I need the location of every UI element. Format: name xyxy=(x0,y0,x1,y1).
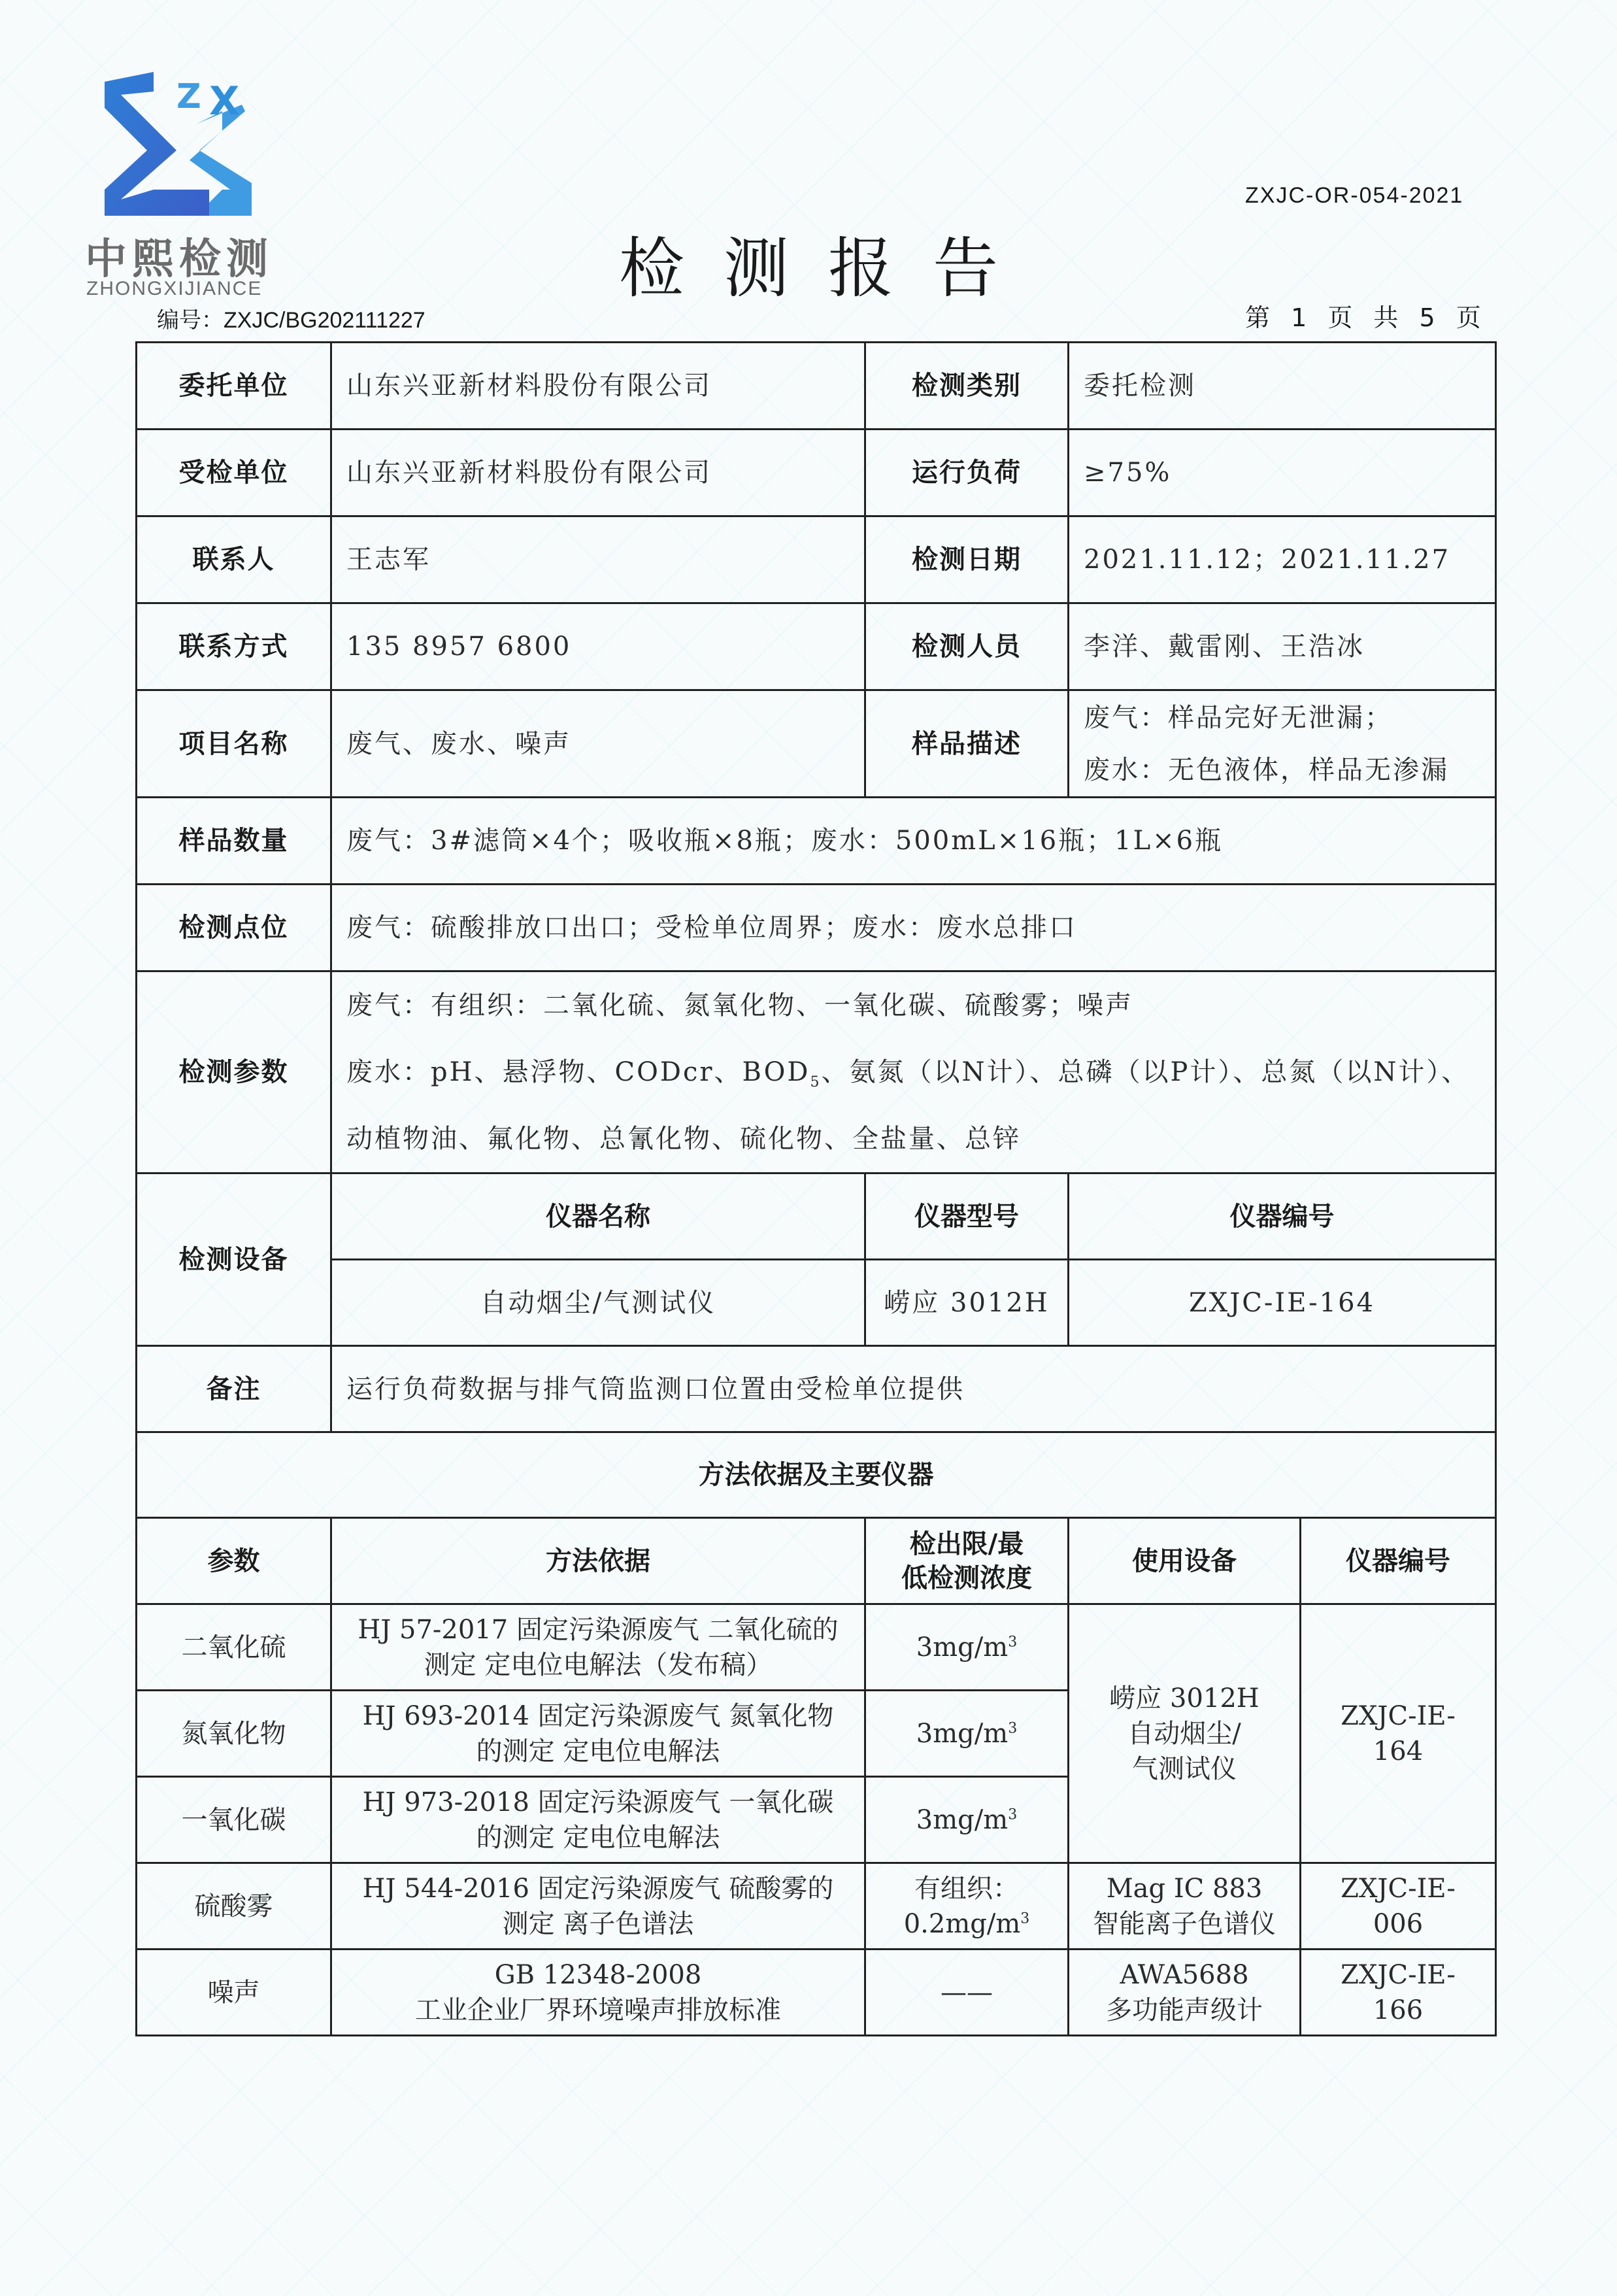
svg-text:Z: Z xyxy=(176,77,201,116)
method-line1: GB 12348-2008 xyxy=(346,1957,850,1993)
limit-superscript: 3 xyxy=(1020,1910,1029,1927)
methods-param-header: 参数 xyxy=(137,1518,331,1604)
methods-equipment-header: 使用设备 xyxy=(1069,1518,1301,1604)
param-cell: 二氧化硫 xyxy=(137,1604,331,1691)
limit-prefix: 有组织： xyxy=(880,1871,1053,1906)
test-type-label: 检测类别 xyxy=(865,343,1069,430)
date-label: 检测日期 xyxy=(865,516,1069,603)
date-value: 2021.11.12；2021.11.27 xyxy=(1069,516,1496,603)
params-water-b: 、氨氮（以N计）、总磷（以P计）、总氮（以N计）、 xyxy=(821,1057,1469,1087)
param-cell: 噪声 xyxy=(137,1950,331,2036)
inspected-value: 山东兴亚新材料股份有限公司 xyxy=(331,430,865,516)
row-remark: 备注 运行负荷数据与排气筒监测口位置由受检单位提供 xyxy=(137,1346,1496,1432)
methods-equip-id-header: 仪器编号 xyxy=(1301,1518,1496,1604)
params-water-cont: 动植物油、氟化物、总氰化物、硫化物、全盐量、总锌 xyxy=(346,1106,1480,1172)
sample-desc-gas: 废气：样品完好无泄漏； xyxy=(1084,700,1480,735)
row-sample-qty: 样品数量 废气：3#滤筒×4个；吸收瓶×8瓶；废水：500mL×16瓶；1L×6… xyxy=(137,798,1496,885)
method-line2: 的测定 定电位电解法 xyxy=(346,1734,850,1769)
row-client: 委托单位 山东兴亚新材料股份有限公司 检测类别 委托检测 xyxy=(137,343,1496,430)
table-row: 噪声 GB 12348-2008 工业企业厂界环境噪声排放标准 —— AWA56… xyxy=(137,1950,1496,2036)
method-cell: GB 12348-2008 工业企业厂界环境噪声排放标准 xyxy=(331,1950,865,2036)
row-equipment: 自动烟尘/气测试仪 崂应 3012H ZXJC-IE-164 xyxy=(137,1260,1496,1346)
method-line1: HJ 693-2014 固定污染源废气 氮氧化物 xyxy=(346,1698,850,1734)
bod-subscript: 5 xyxy=(810,1074,821,1090)
load-label: 运行负荷 xyxy=(865,430,1069,516)
row-contact: 联系人 王志军 检测日期 2021.11.12；2021.11.27 xyxy=(137,516,1496,603)
row-section-title: 方法依据及主要仪器 xyxy=(137,1432,1496,1518)
points-value: 废气：硫酸排放口出口；受检单位周界；废水：废水总排口 xyxy=(331,885,1496,971)
param-cell: 一氧化碳 xyxy=(137,1777,331,1863)
row-project: 项目名称 废气、废水、噪声 样品描述 废气：样品完好无泄漏； 废水：无色液体，样… xyxy=(137,690,1496,798)
limit-cell: 3mg/m3 xyxy=(865,1691,1069,1777)
client-label: 委托单位 xyxy=(137,343,331,430)
equipment-line1: Mag IC 883 xyxy=(1084,1871,1285,1906)
methods-method-header: 方法依据 xyxy=(331,1518,865,1604)
inspected-label: 受检单位 xyxy=(137,430,331,516)
points-label: 检测点位 xyxy=(137,885,331,971)
param-cell: 硫酸雾 xyxy=(137,1863,331,1950)
equip-id-header: 仪器编号 xyxy=(1069,1173,1496,1260)
limit-header-line1: 检出限/最 xyxy=(869,1527,1065,1561)
equipment-cell: Mag IC 883 智能离子色谱仪 xyxy=(1069,1863,1301,1950)
method-line1: HJ 973-2018 固定污染源废气 一氧化碳 xyxy=(346,1785,850,1820)
sample-desc-value: 废气：样品完好无泄漏； 废水：无色液体，样品无渗漏 xyxy=(1069,690,1496,798)
limit-value: 3mg/m xyxy=(916,1632,1008,1663)
shared-equipment-line2: 自动烟尘/ xyxy=(1084,1716,1285,1751)
equip-model-header: 仪器型号 xyxy=(865,1173,1069,1260)
load-value: ≥75% xyxy=(1069,430,1496,516)
row-phone: 联系方式 135 8957 6800 检测人员 李洋、戴雷刚、王浩冰 xyxy=(137,603,1496,690)
limit-superscript: 3 xyxy=(1008,1634,1017,1650)
report-number: 编号：ZXJC/BG202111227 xyxy=(157,302,425,334)
limit-value: 0.2mg/m xyxy=(904,1909,1021,1939)
sample-qty-label: 样品数量 xyxy=(137,798,331,885)
method-line2: 工业企业厂界环境噪声排放标准 xyxy=(346,1993,850,2028)
contact-label: 联系人 xyxy=(137,516,331,603)
sample-desc-water: 废水：无色液体，样品无渗漏 xyxy=(1084,752,1480,788)
shared-equip-id-cell: ZXJC-IE-164 xyxy=(1301,1604,1496,1863)
limit-superscript: 3 xyxy=(1008,1720,1017,1736)
limit-cell: 有组织： 0.2mg/m3 xyxy=(865,1863,1069,1950)
equipment-cell: AWA5688 多功能声级计 xyxy=(1069,1950,1301,2036)
limit-cell: 3mg/m3 xyxy=(865,1604,1069,1691)
equip-model: 崂应 3012H xyxy=(865,1260,1069,1346)
param-cell: 氮氧化物 xyxy=(137,1691,331,1777)
page-number: 第 1 页 共 5 页 xyxy=(1245,297,1484,333)
method-cell: HJ 973-2018 固定污染源废气 一氧化碳 的测定 定电位电解法 xyxy=(331,1777,865,1863)
limit-value: 3mg/m xyxy=(916,1805,1008,1835)
method-cell: HJ 544-2016 固定污染源废气 硫酸雾的 测定 离子色谱法 xyxy=(331,1863,865,1950)
method-line1: HJ 544-2016 固定污染源废气 硫酸雾的 xyxy=(346,1871,850,1906)
row-equipment-header: 检测设备 仪器名称 仪器型号 仪器编号 xyxy=(137,1173,1496,1260)
equip-id-cell: ZXJC-IE-166 xyxy=(1301,1950,1496,2036)
remark-label: 备注 xyxy=(137,1346,331,1432)
limit-cell: —— xyxy=(865,1950,1069,2036)
report-title: 检测报告 xyxy=(0,216,1617,310)
method-cell: HJ 693-2014 固定污染源废气 氮氧化物 的测定 定电位电解法 xyxy=(331,1691,865,1777)
method-line1: HJ 57-2017 固定污染源废气 二氧化硫的 xyxy=(346,1612,850,1647)
phone-value: 135 8957 6800 xyxy=(331,603,865,690)
project-label: 项目名称 xyxy=(137,690,331,798)
limit-superscript: 3 xyxy=(1008,1806,1017,1823)
row-inspected: 受检单位 山东兴亚新材料股份有限公司 运行负荷 ≥75% xyxy=(137,430,1496,516)
staff-label: 检测人员 xyxy=(865,603,1069,690)
method-line2: 测定 离子色谱法 xyxy=(346,1906,850,1942)
equip-id: ZXJC-IE-164 xyxy=(1069,1260,1496,1346)
params-gas: 废气：有组织：二氧化硫、氮氧化物、一氧化碳、硫酸雾；噪声 xyxy=(346,972,1480,1039)
phone-label: 联系方式 xyxy=(137,603,331,690)
method-line2: 测定 定电位电解法（发布稿） xyxy=(346,1647,850,1683)
methods-limit-header: 检出限/最 低检测浓度 xyxy=(865,1518,1069,1604)
svg-text:X: X xyxy=(209,78,239,124)
project-value: 废气、废水、噪声 xyxy=(331,690,865,798)
equip-id-cell: ZXJC-IE-006 xyxy=(1301,1863,1496,1950)
report-table: 委托单位 山东兴亚新材料股份有限公司 检测类别 委托检测 受检单位 山东兴亚新材… xyxy=(135,341,1497,2036)
params-label: 检测参数 xyxy=(137,971,331,1173)
limit-cell: 3mg/m3 xyxy=(865,1777,1069,1863)
equip-name: 自动烟尘/气测试仪 xyxy=(331,1260,865,1346)
method-line2: 的测定 定电位电解法 xyxy=(346,1820,850,1855)
remark-value: 运行负荷数据与排气筒监测口位置由受检单位提供 xyxy=(331,1346,1496,1432)
methods-header-row: 参数 方法依据 检出限/最 低检测浓度 使用设备 仪器编号 xyxy=(137,1518,1496,1604)
equip-name-header: 仪器名称 xyxy=(331,1173,865,1260)
shared-equipment-line1: 崂应 3012H xyxy=(1084,1681,1285,1716)
contact-value: 王志军 xyxy=(331,516,865,603)
equipment-line1: AWA5688 xyxy=(1084,1957,1285,1993)
staff-value: 李洋、戴雷刚、王浩冰 xyxy=(1069,603,1496,690)
row-points: 检测点位 废气：硫酸排放口出口；受检单位周界；废水：废水总排口 xyxy=(137,885,1496,971)
equipment-line2: 智能离子色谱仪 xyxy=(1084,1906,1285,1942)
methods-section-title: 方法依据及主要仪器 xyxy=(137,1432,1496,1518)
method-cell: HJ 57-2017 固定污染源废气 二氧化硫的 测定 定电位电解法（发布稿） xyxy=(331,1604,865,1691)
company-logo-icon: Z X xyxy=(85,69,288,219)
params-water: 废水：pH、悬浮物、CODcr、BOD5、氨氮（以N计）、总磷（以P计）、总氮（… xyxy=(346,1039,1480,1106)
params-water-a: 废水：pH、悬浮物、CODcr、BOD xyxy=(346,1057,810,1087)
client-value: 山东兴亚新材料股份有限公司 xyxy=(331,343,865,430)
row-params: 检测参数 废气：有组织：二氧化硫、氮氧化物、一氧化碳、硫酸雾；噪声 废水：pH、… xyxy=(137,971,1496,1173)
shared-equipment-line3: 气测试仪 xyxy=(1084,1751,1285,1787)
test-type-value: 委托检测 xyxy=(1069,343,1496,430)
equipment-line2: 多功能声级计 xyxy=(1084,1993,1285,2028)
equipment-label: 检测设备 xyxy=(137,1173,331,1346)
table-row: 硫酸雾 HJ 544-2016 固定污染源废气 硫酸雾的 测定 离子色谱法 有组… xyxy=(137,1863,1496,1950)
limit-header-line2: 低检测浓度 xyxy=(869,1561,1065,1595)
table-row: 二氧化硫 HJ 57-2017 固定污染源废气 二氧化硫的 测定 定电位电解法（… xyxy=(137,1604,1496,1691)
form-code: ZXJC-OR-054-2021 xyxy=(1245,183,1463,209)
shared-equipment-cell: 崂应 3012H 自动烟尘/ 气测试仪 xyxy=(1069,1604,1301,1863)
limit-value: 3mg/m xyxy=(916,1719,1008,1749)
sample-desc-label: 样品描述 xyxy=(865,690,1069,798)
params-value: 废气：有组织：二氧化硫、氮氧化物、一氧化碳、硫酸雾；噪声 废水：pH、悬浮物、C… xyxy=(331,971,1496,1173)
sample-qty-value: 废气：3#滤筒×4个；吸收瓶×8瓶；废水：500mL×16瓶；1L×6瓶 xyxy=(331,798,1496,885)
